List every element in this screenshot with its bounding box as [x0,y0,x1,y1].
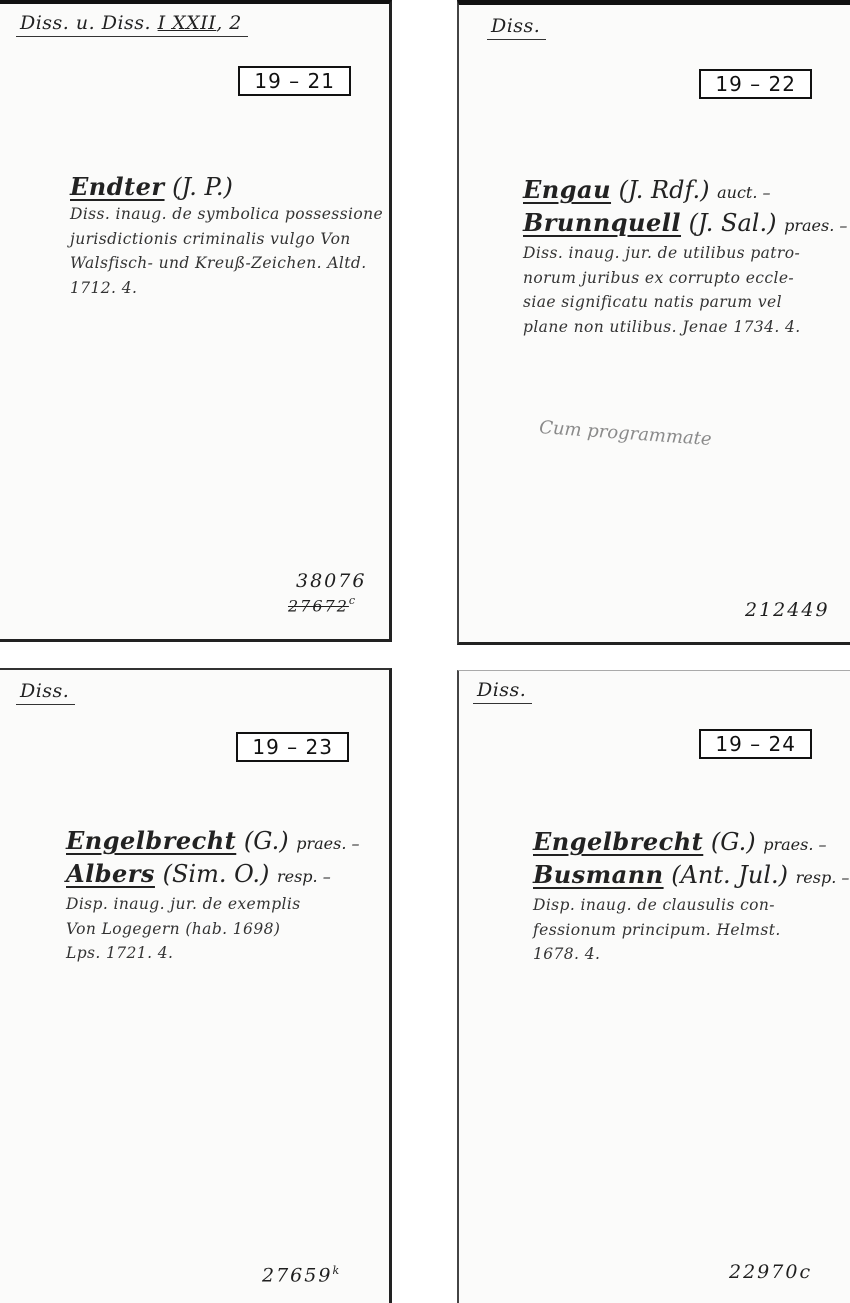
shelfmark: Diss. [16,680,75,705]
entry-description: Disp. inaug. jur. de exemplis Von Logege… [66,892,365,966]
shelfmark: Diss. [487,15,546,40]
call-number-box: 19 – 23 [236,732,349,762]
respondent-heading: Busmann (Ant. Jul.) resp. – [533,860,826,893]
accession-number: 27659k [262,1264,341,1286]
respondent-heading: Albers (Sim. O.) resp. – [66,859,365,892]
shelfmark: Diss. [473,679,532,704]
entry-description: Disp. inaug. de clausulis con- fessionum… [533,893,826,967]
catalog-card-19-21: Diss. u. Diss. I XXII, 2 19 – 21 Endter … [0,0,392,642]
catalog-entry: Engelbrecht (G.) praes. – Albers (Sim. O… [66,826,365,966]
entry-description: Diss. inaug. de symbolica possessione ju… [70,202,365,300]
catalog-card-19-24: Diss. 19 – 24 Engelbrecht (G.) praes. – … [457,670,850,1303]
author-heading: Endter (J. P.) [70,172,365,202]
shelfmark: Diss. u. Diss. I XXII, 2 [16,12,248,37]
catalog-card-19-22: Diss. 19 – 22 Engau (J. Rdf.) auct. – Br… [457,0,850,645]
catalog-entry: Endter (J. P.) Diss. inaug. de symbolica… [70,172,365,300]
catalog-card-19-23: Diss. 19 – 23 Engelbrecht (G.) praes. – … [0,668,392,1303]
call-number-box: 19 – 21 [238,66,351,96]
pencil-note: Cum programmate [538,417,712,450]
accession-number: 212449 [745,599,830,621]
accession-number: 38076 [296,570,366,592]
accession-number: 22970c [729,1261,812,1283]
praeses-heading: Brunnquell (J. Sal.) praes. – [523,208,826,241]
author-heading: Engau (J. Rdf.) auct. – [523,175,826,208]
praeses-heading: Engelbrecht (G.) praes. – [66,826,365,859]
catalog-entry: Engau (J. Rdf.) auct. – Brunnquell (J. S… [523,175,826,339]
entry-description: Diss. inaug. jur. de utilibus patro- nor… [523,241,826,339]
catalog-entry: Engelbrecht (G.) praes. – Busmann (Ant. … [533,827,826,967]
praeses-heading: Engelbrecht (G.) praes. – [533,827,826,860]
call-number-box: 19 – 22 [699,69,812,99]
accession-number-old: 27672c [288,594,357,616]
call-number-box: 19 – 24 [699,729,812,759]
